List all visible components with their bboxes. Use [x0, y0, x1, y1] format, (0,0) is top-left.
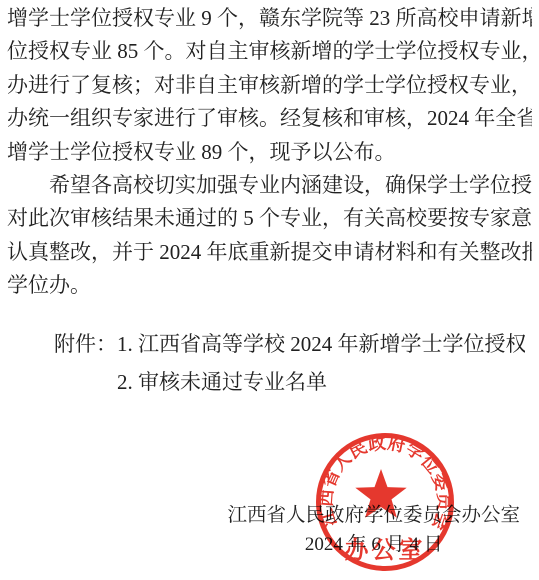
text-line: 办进行了复核；对非自主审核新增的学士学位授权专业，省学位	[7, 69, 532, 102]
signature-block: 江西省人民政府学位委员会办公室 2024 年 6 月 4 日	[227, 503, 520, 560]
text-line: 希望各高校切实加强专业内涵建设，确保学士学位授予质量。	[7, 169, 532, 202]
text-line: 增学士学位授权专业 9 个，赣东学院等 23 所高校申请新增学士学	[7, 2, 532, 35]
text-line: 学位办。	[7, 269, 532, 302]
text-line: 增学士学位授权专业 89 个，现予以公布。	[7, 136, 532, 169]
attachments-block: 附件： 1. 江西省高等学校 2024 年新增学士学位授权专业名单2. 审核未通…	[54, 331, 525, 407]
paragraph-hope: 希望各高校切实加强专业内涵建设，确保学士学位授予质量。对此次审核结果未通过的 5…	[7, 169, 532, 303]
text-line: 认真整改，并于 2024 年底重新提交申请材料和有关整改报告至省	[7, 236, 532, 269]
attachments-list: 1. 江西省高等学校 2024 年新增学士学位授权专业名单2. 审核未通过专业名…	[117, 331, 525, 407]
attachment-item: 2. 审核未通过专业名单	[117, 369, 525, 407]
paragraph-continued: 增学士学位授权专业 9 个，赣东学院等 23 所高校申请新增学士学位授权专业 8…	[7, 2, 532, 169]
text-line: 办统一组织专家进行了审核。经复核和审核，2024 年全省高校新	[7, 102, 532, 135]
signature-date: 2024 年 6 月 4 日	[227, 529, 520, 560]
document-body: 增学士学位授权专业 9 个，赣东学院等 23 所高校申请新增学士学位授权专业 8…	[0, 0, 539, 560]
text-line: 位授权专业 85 个。对自主审核新增的学士学位授权专业，省学位	[7, 35, 532, 68]
text-line: 对此次审核结果未通过的 5 个专业，有关高校要按专家意见进行	[7, 202, 532, 235]
attachment-item: 1. 江西省高等学校 2024 年新增学士学位授权专业名单	[117, 331, 525, 369]
document-page: 增学士学位授权专业 9 个，赣东学院等 23 所高校申请新增学士学位授权专业 8…	[0, 0, 539, 580]
attachments-label: 附件：	[54, 331, 117, 369]
signature-issuer: 江西省人民政府学位委员会办公室	[227, 503, 520, 529]
